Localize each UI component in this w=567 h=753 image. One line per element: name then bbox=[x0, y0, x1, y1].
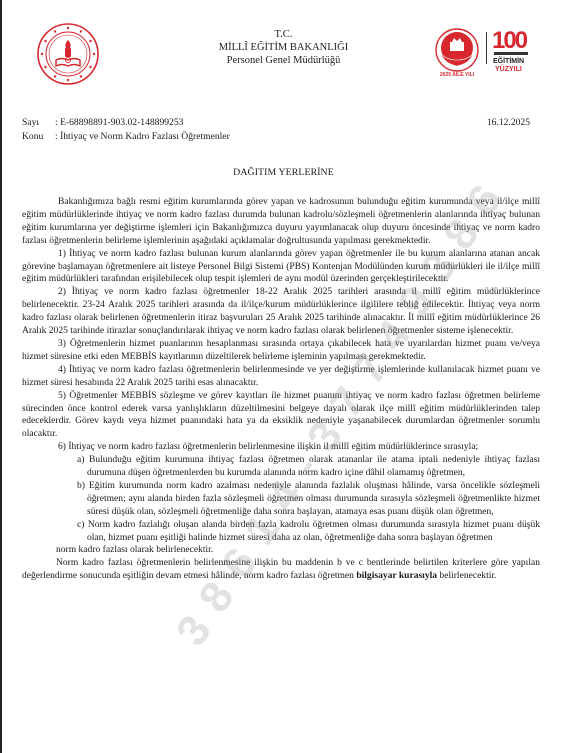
konu-row: Konu: İhtiyaç ve Norm Kadro Fazlası Öğre… bbox=[22, 131, 230, 143]
paragraph-6c: c) Norm kadro fazlalığı oluşan alanda bi… bbox=[32, 519, 540, 545]
document-body: Bakanlığımıza bağlı resmi eğitim kurumla… bbox=[22, 196, 540, 583]
paragraph-6-conclusion: norm kadro fazlası olarak belirlenecekti… bbox=[22, 544, 540, 557]
final-text-bold: bilgisayar kurasıyla bbox=[356, 570, 437, 581]
sayi-label: Sayı bbox=[22, 117, 55, 129]
svg-text:YÜZYILI: YÜZYILI bbox=[495, 64, 522, 73]
paragraph-4: 4) İhtiyaç ve norm kadro fazlası öğretme… bbox=[22, 364, 540, 390]
konu-label: Konu bbox=[22, 131, 55, 143]
final-text-post: belirlenecektir. bbox=[437, 570, 496, 581]
document-title: DAĞITIM YERLERİNE bbox=[0, 167, 567, 178]
paragraph-final: Norm kadro fazlası öğretmenlerin belirle… bbox=[22, 557, 540, 583]
page-edge bbox=[0, 0, 2, 753]
paragraph-6: 6) İhtiyaç ve norm kadro fazlası öğretme… bbox=[22, 441, 540, 454]
paragraph-3: 3) Öğretmenlerin hizmet puanlarının hesa… bbox=[22, 338, 540, 364]
svg-text:EĞİTİMİN: EĞİTİMİN bbox=[493, 56, 524, 65]
sayi-row: Sayı: E-68898891-903.02-148899253 bbox=[22, 117, 183, 129]
paragraph-6b: b) Eğitim kurumunda norm kadro azalması … bbox=[32, 480, 540, 519]
aile-yili-2025-icon: 2025 AİLE YILI bbox=[431, 26, 483, 78]
paragraph-intro: Bakanlığımıza bağlı resmi eğitim kurumla… bbox=[22, 196, 540, 248]
paragraph-5: 5) Öğretmenler MEBBİS sözleşme ve görev … bbox=[22, 390, 540, 442]
logo-divider bbox=[486, 32, 487, 64]
svg-text:100: 100 bbox=[492, 27, 528, 54]
egitimin-yuzyili-icon: 100 EĞİTİMİN YÜZYILI bbox=[490, 26, 550, 80]
konu-value: : İhtiyaç ve Norm Kadro Fazlası Öğretmen… bbox=[55, 131, 230, 142]
paragraph-6a: a) Bulunduğu eğitim kurumuna ihtiyaç faz… bbox=[32, 454, 540, 480]
svg-text:2025 AİLE YILI: 2025 AİLE YILI bbox=[440, 71, 475, 78]
paragraph-2: 2) İhtiyaç ve norm kadro fazlası öğretme… bbox=[22, 286, 540, 338]
paragraph-1: 1) İhtiyaç ve norm kadro fazlası bulunan… bbox=[22, 248, 540, 287]
document-date: 16.12.2025 bbox=[487, 117, 530, 128]
document-page: T.C. MİLLÎ EĞİTİM BAKANLIĞI Personel Gen… bbox=[0, 0, 567, 753]
sayi-value: : E-68898891-903.02-148899253 bbox=[55, 117, 183, 128]
